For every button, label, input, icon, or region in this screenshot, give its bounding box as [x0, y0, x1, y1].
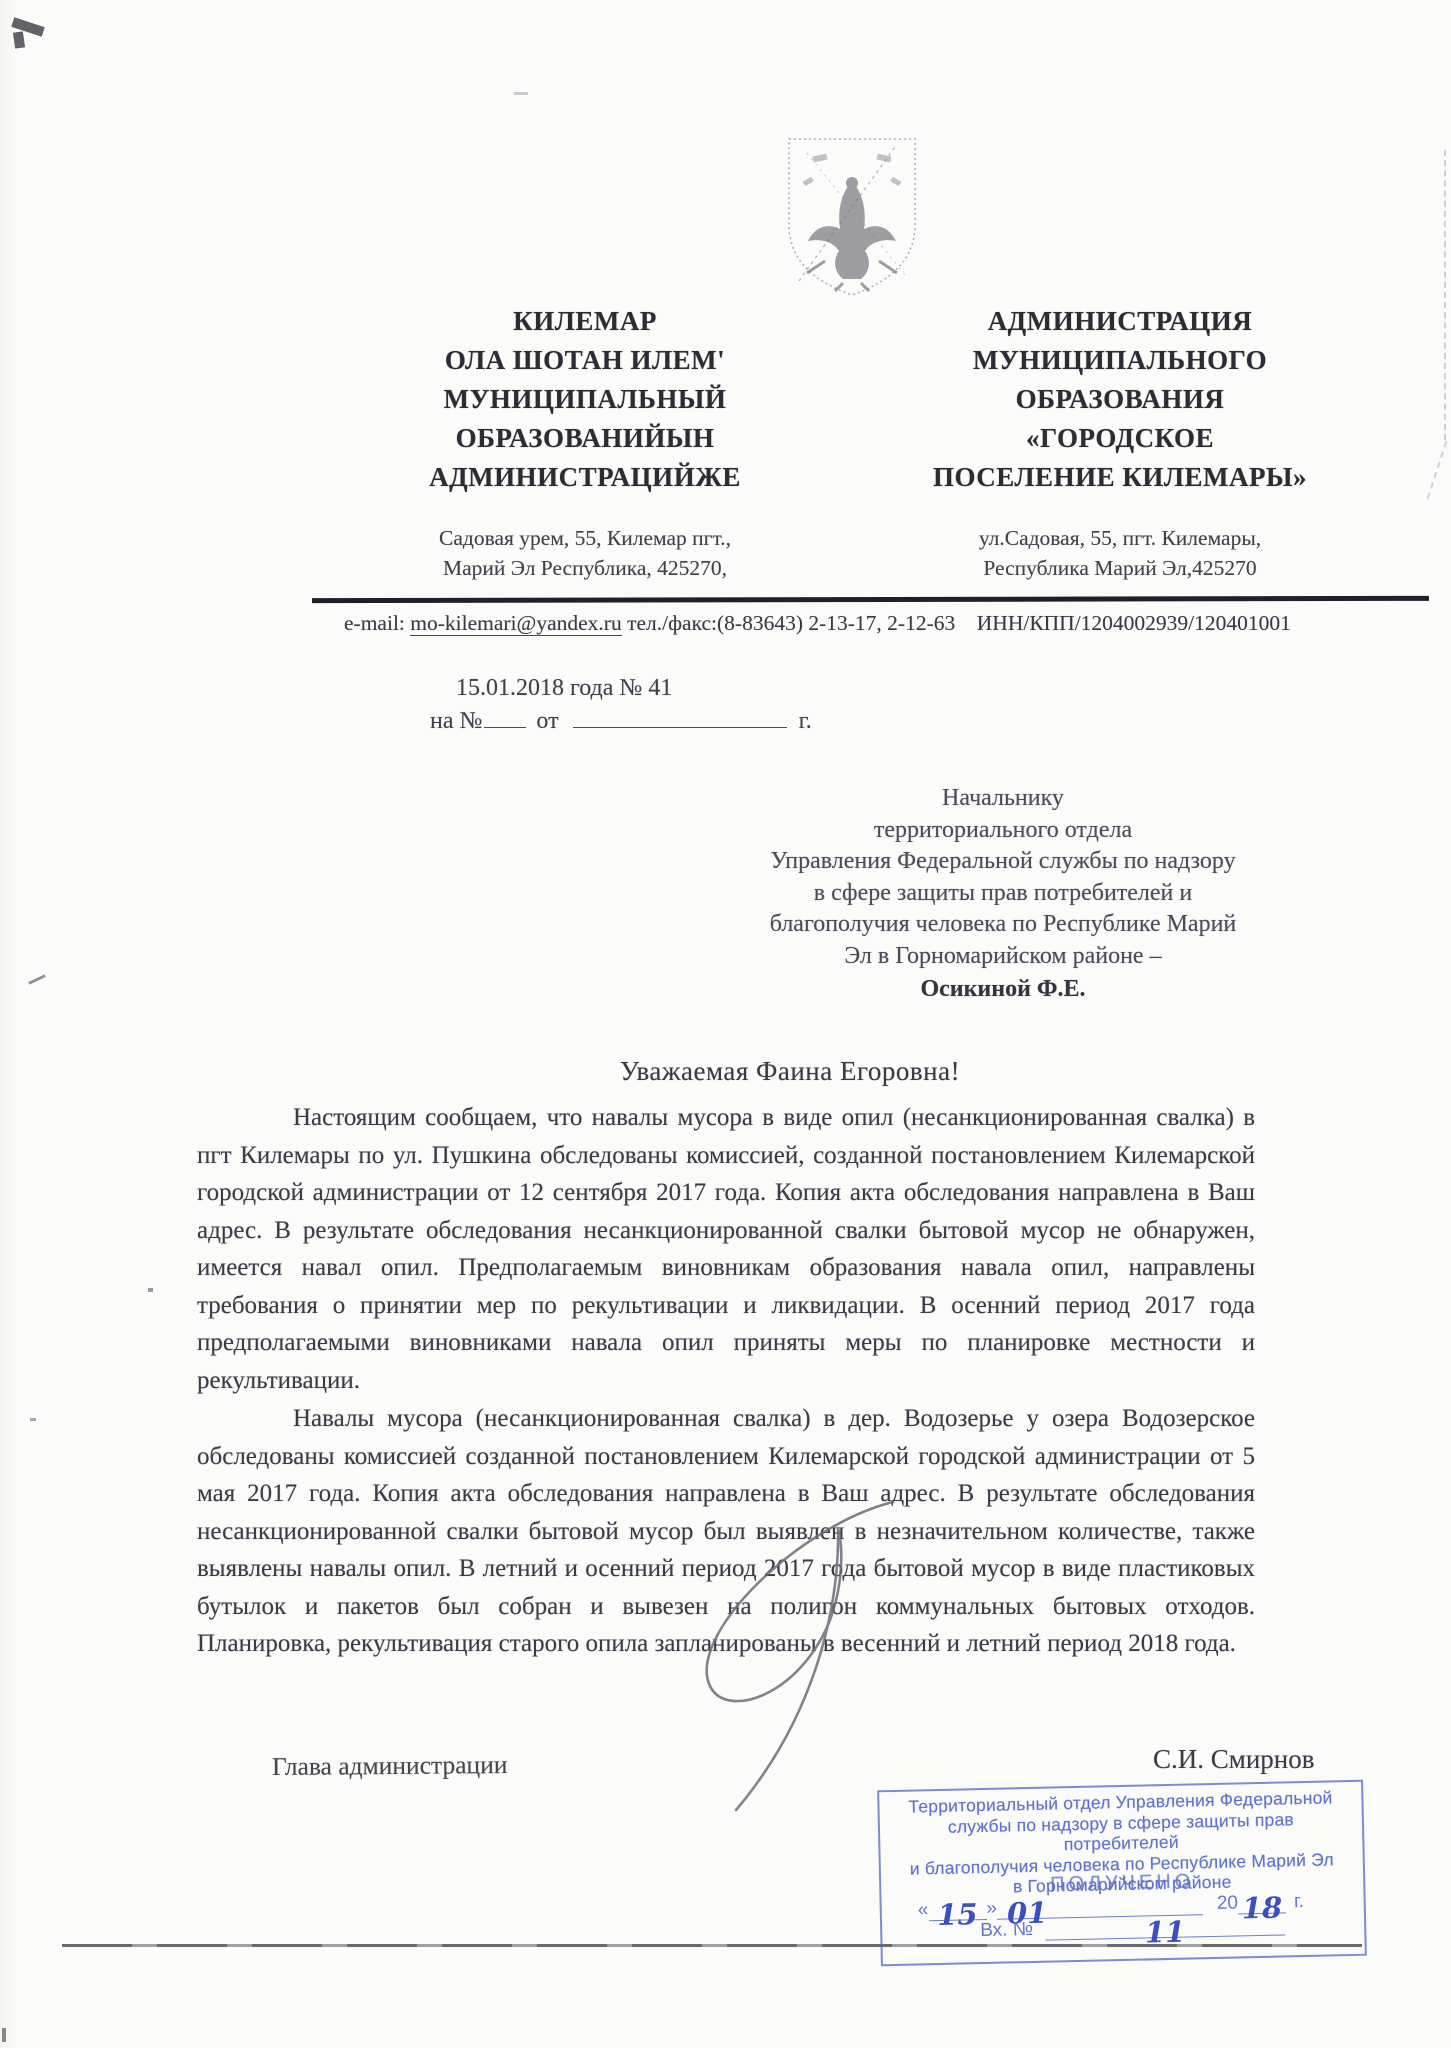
addressee-line: территориального отдела	[608, 815, 1398, 847]
addressee-block: Начальнику территориального отдела Управ…	[608, 783, 1398, 1006]
received-stamp: Территориальный отдел Управления Федерал…	[877, 1780, 1367, 1967]
org-address: ул.Садовая, 55, пгт. Килемары, Республик…	[868, 523, 1372, 583]
reply-suffix: г.	[799, 708, 812, 734]
quote-close: »	[986, 1898, 997, 1920]
coat-of-arms-icon	[777, 133, 927, 303]
reply-number-blank	[484, 708, 526, 728]
org-name-line: КИЛЕМАР	[318, 302, 852, 341]
org-name-line: АДМИНИСТРАЦИЯ	[868, 302, 1372, 341]
org-address-line: Республика Марий Эл,425270	[868, 553, 1372, 583]
entry-number-blank: 11	[1045, 1918, 1285, 1940]
email-address: mo-kilemari@yandex.ru	[410, 611, 621, 636]
stamp-day-blank: 15	[928, 1903, 986, 1921]
body-paragraph: Настоящим сообщаем, что навалы мусора в …	[197, 1099, 1255, 1399]
contact-line: e-mail: mo-kilemari@yandex.ru тел./факс:…	[344, 611, 1434, 636]
handwritten-day: 15	[937, 1897, 978, 1932]
quote-open: «	[918, 1899, 929, 1921]
salutation: Уважаемая Фаина Егоровна!	[480, 1056, 1100, 1087]
addressee-line: благополучия человека по Республике Мари…	[608, 909, 1398, 941]
signer-title: Глава администрации	[272, 1750, 508, 1782]
org-name-line: ОБРАЗОВАНИЯ	[868, 380, 1372, 419]
scan-speck	[28, 974, 46, 984]
signer-name: С.И. Смирнов	[1153, 1744, 1315, 1775]
reply-prefix: на №	[430, 708, 482, 734]
year-printed: 20	[1217, 1892, 1239, 1914]
scan-speck	[30, 1418, 36, 1421]
letterhead-right-org: АДМИНИСТРАЦИЯ МУНИЦИПАЛЬНОГО ОБРАЗОВАНИЯ…	[868, 302, 1372, 583]
handwritten-entry-number: 11	[1145, 1915, 1186, 1950]
scan-corner-mark-2	[13, 31, 25, 48]
scan-edge-artifact	[1427, 441, 1447, 499]
addressee-name: Осикиной Ф.Е.	[608, 974, 1398, 1006]
email-label: e-mail:	[344, 611, 405, 635]
scanned-letter-page: { "colors": { "ink": "#33333d", "rule_da…	[0, 0, 1451, 2048]
org-name-line: «ГОРОДСКОЕ	[868, 419, 1372, 458]
phone-fax: тел./факс:(8-83643) 2-13-17, 2-12-63	[627, 611, 955, 635]
stamp-year-blank: 18	[1238, 1896, 1286, 1914]
letterhead-left-org: КИЛЕМАР ОЛА ШОТАН ИЛЕМ' МУНИЦИПАЛЬНЫЙ ОБ…	[318, 302, 852, 583]
org-name-line: МУНИЦИПАЛЬНЫЙ	[318, 380, 852, 419]
reply-reference-line: на №отг.	[430, 705, 812, 738]
scan-speck	[514, 92, 528, 95]
org-address-line: ул.Садовая, 55, пгт. Килемары,	[868, 523, 1372, 553]
reference-block: 15.01.2018 года № 41 на №отг.	[430, 672, 812, 738]
org-name-line: ПОСЕЛЕНИЕ КИЛЕМАРЫ»	[868, 458, 1372, 497]
org-address-line: Садовая урем, 55, Килемар пгт.,	[318, 523, 852, 553]
reply-date-blank	[573, 708, 787, 728]
org-name-line: МУНИЦИПАЛЬНОГО	[868, 341, 1372, 380]
addressee-line: в сфере защиты прав потребителей и	[608, 878, 1398, 910]
addressee-line: Эл в Горномарийском районе –	[608, 941, 1398, 973]
scan-edge-artifact	[1444, 150, 1446, 440]
org-name-line: ОБРАЗОВАНИЙЫН	[318, 419, 852, 458]
org-address: Садовая урем, 55, Килемар пгт., Марий Эл…	[318, 523, 852, 583]
scan-speck	[148, 1288, 153, 1292]
addressee-line: Управления Федеральной службы по надзору	[608, 846, 1398, 878]
org-address-line: Марий Эл Республика, 425270,	[318, 553, 852, 583]
addressee-line: Начальнику	[608, 783, 1398, 815]
handwritten-signature	[588, 1488, 918, 1818]
entry-number-label: Вх. №	[980, 1919, 1033, 1942]
letterhead-divider-rule	[312, 596, 1429, 603]
org-name-line: ОЛА ШОТАН ИЛЕМ'	[318, 341, 852, 380]
outgoing-date-number: 15.01.2018 года № 41	[430, 672, 812, 705]
reply-from-label: от	[536, 708, 558, 734]
scan-speck	[2, 2028, 6, 2042]
org-name-line: АДМИНИСТРАЦИЙЖЕ	[318, 458, 852, 497]
inn-kpp: ИНН/КПП/1204002939/120401001	[977, 611, 1291, 635]
year-suffix: г.	[1294, 1891, 1304, 1913]
